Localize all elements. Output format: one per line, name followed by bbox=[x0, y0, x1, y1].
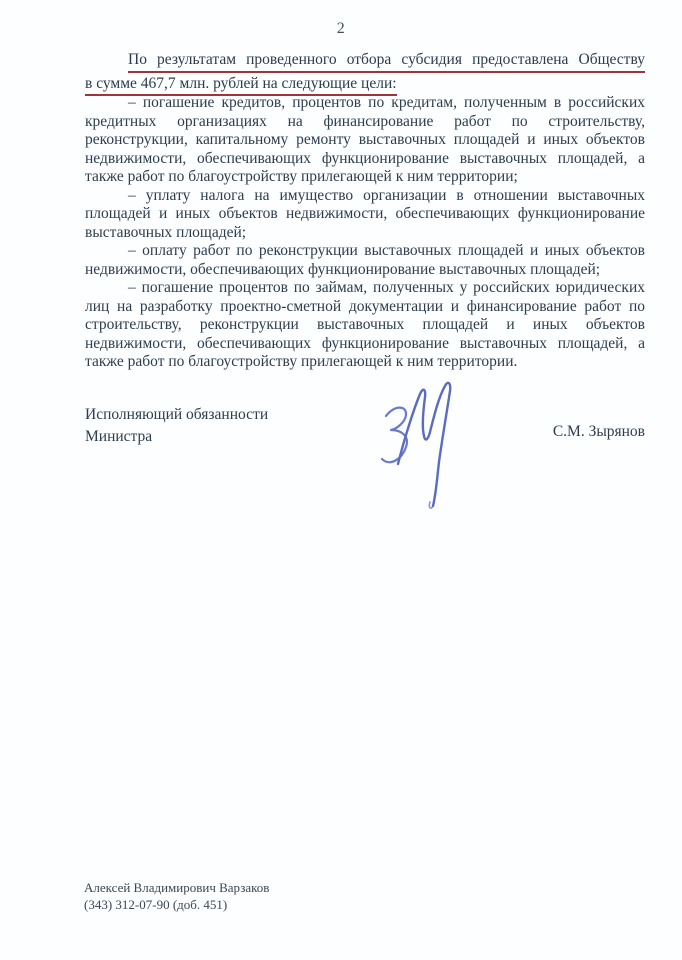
signer-name: С.М. Зырянов bbox=[553, 423, 645, 441]
intro-paragraph: По результатам проведенного отбора субси… bbox=[85, 49, 645, 96]
signer-position: Исполняющий обязанности Министра bbox=[85, 404, 268, 447]
contact-footer: Алексей Владимирович Варзаков (343) 312-… bbox=[84, 879, 269, 913]
handwritten-signature-ink bbox=[370, 378, 480, 512]
page-number: 2 bbox=[0, 20, 682, 38]
bullet-paragraph-loan-interest: – погашение процентов по займам, получен… bbox=[85, 279, 645, 372]
body-text: – погашение кредитов, процентов по креди… bbox=[85, 94, 645, 372]
bullet-paragraph-property-tax: – уплату налога на имущество организации… bbox=[85, 187, 645, 243]
bullet-paragraph-credits: – погашение кредитов, процентов по креди… bbox=[85, 94, 645, 187]
bullet-paragraph-reconstruction-payment: – оплату работ по реконструкции выставоч… bbox=[85, 242, 645, 279]
intro-underlined-line-1: По результатам проведенного отбора субси… bbox=[128, 49, 645, 73]
document-page: 2 По результатам проведенного отбора суб… bbox=[0, 0, 682, 960]
intro-underlined-line-2: в сумме 467,7 млн. рублей на следующие ц… bbox=[85, 73, 397, 97]
